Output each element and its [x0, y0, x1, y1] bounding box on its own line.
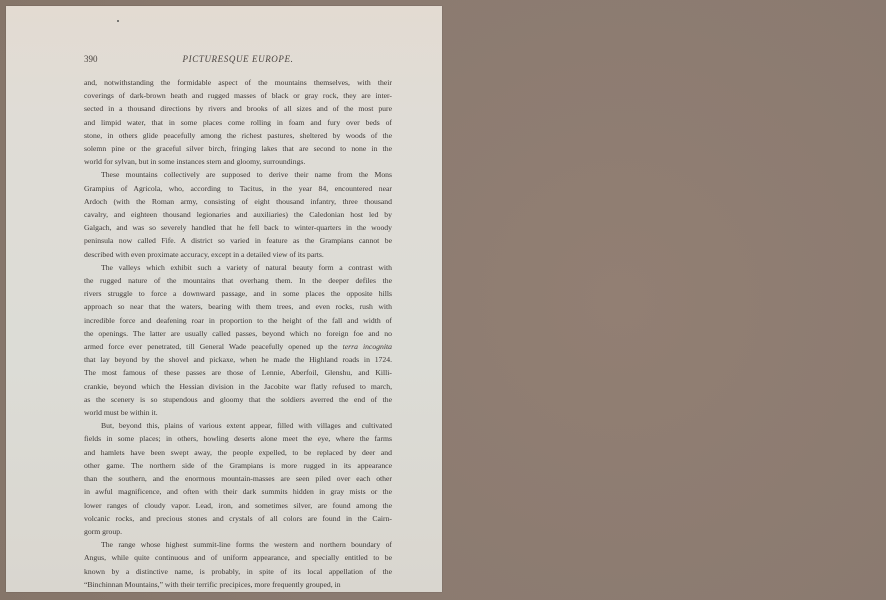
text-line: that lay beyond by the shovel and pickax… — [84, 353, 392, 366]
text-line: incredible force and deafening roar in p… — [84, 314, 392, 327]
text-line: other game. The northern side of the Gra… — [84, 459, 392, 472]
text-line: as the scenery is so stupendous and gloo… — [84, 393, 392, 406]
text-line: coverings of dark-brown heath and rugged… — [84, 89, 392, 102]
text-line: “Binchinnan Mountains,” with their terri… — [84, 578, 392, 591]
text-line: armed force ever penetrated, till Genera… — [84, 340, 392, 353]
paragraph: The valleys which exhibit such a variety… — [84, 261, 392, 419]
text-line: cavalry, and eighteen thousand legionari… — [84, 208, 392, 221]
text-line: The valleys which exhibit such a variety… — [84, 261, 392, 274]
paragraph: But, beyond this, plains of various exte… — [84, 419, 392, 538]
page-header: 390 PICTURESQUE EUROPE. — [84, 54, 392, 68]
paper-speck — [117, 20, 119, 22]
text-line: volcanic rocks, and precious stones and … — [84, 512, 392, 525]
text-line: crankie, beyond which the Hessian divisi… — [84, 380, 392, 393]
text-line: solemn pine or the graceful silver birch… — [84, 142, 392, 155]
paragraph: and, notwithstanding the formidable aspe… — [84, 76, 392, 168]
text-line: lower ranges of cloudy vapor. Lead, iron… — [84, 499, 392, 512]
text-line: rivers struggle to force a downward pass… — [84, 287, 392, 300]
text-line: But, beyond this, plains of various exte… — [84, 419, 392, 432]
text-line: the rugged nature of the mountains that … — [84, 274, 392, 287]
paragraph: These mountains collectively are suppose… — [84, 168, 392, 260]
text-line: and hamlets have been swept away, the pe… — [84, 446, 392, 459]
text-line: gorm group. — [84, 525, 392, 538]
text-line: The most famous of these passes are thos… — [84, 366, 392, 379]
text-line: approach so near that the waters, bearin… — [84, 300, 392, 313]
text-line: described with even proximate accuracy, … — [84, 248, 392, 261]
body-text: and, notwithstanding the formidable aspe… — [84, 76, 392, 591]
text-line: and, notwithstanding the formidable aspe… — [84, 76, 392, 89]
text-line: peninsula now called Fife. A district so… — [84, 234, 392, 247]
book-page: 390 PICTURESQUE EUROPE. and, notwithstan… — [6, 6, 442, 592]
text-line: in awful magnificence, and often with th… — [84, 485, 392, 498]
text-line: Ardoch (with the Roman army, consisting … — [84, 195, 392, 208]
text-line: sected in a thousand directions by river… — [84, 102, 392, 115]
text-line: world for sylvan, but in some instances … — [84, 155, 392, 168]
text-line: than the southern, and the enormous moun… — [84, 472, 392, 485]
text-line: These mountains collectively are suppose… — [84, 168, 392, 181]
text-line: world must be within it. — [84, 406, 392, 419]
text-line: Galgach, and was so severely handled tha… — [84, 221, 392, 234]
text-line: known by a distinctive name, is probably… — [84, 565, 392, 578]
text-line: and limpid water, that in some places co… — [84, 116, 392, 129]
text-line: stone, in others glide peacefully among … — [84, 129, 392, 142]
paragraph: The range whose highest summit-line form… — [84, 538, 392, 591]
text-line: The range whose highest summit-line form… — [84, 538, 392, 551]
text-line: the openings. The latter are usually cal… — [84, 327, 392, 340]
running-title: PICTURESQUE EUROPE. — [84, 54, 392, 64]
text-line: Grampius of Agricola, who, according to … — [84, 182, 392, 195]
text-line: Angus, while quite continuous and of uni… — [84, 551, 392, 564]
text-line: fields in some places; in others, howlin… — [84, 432, 392, 445]
